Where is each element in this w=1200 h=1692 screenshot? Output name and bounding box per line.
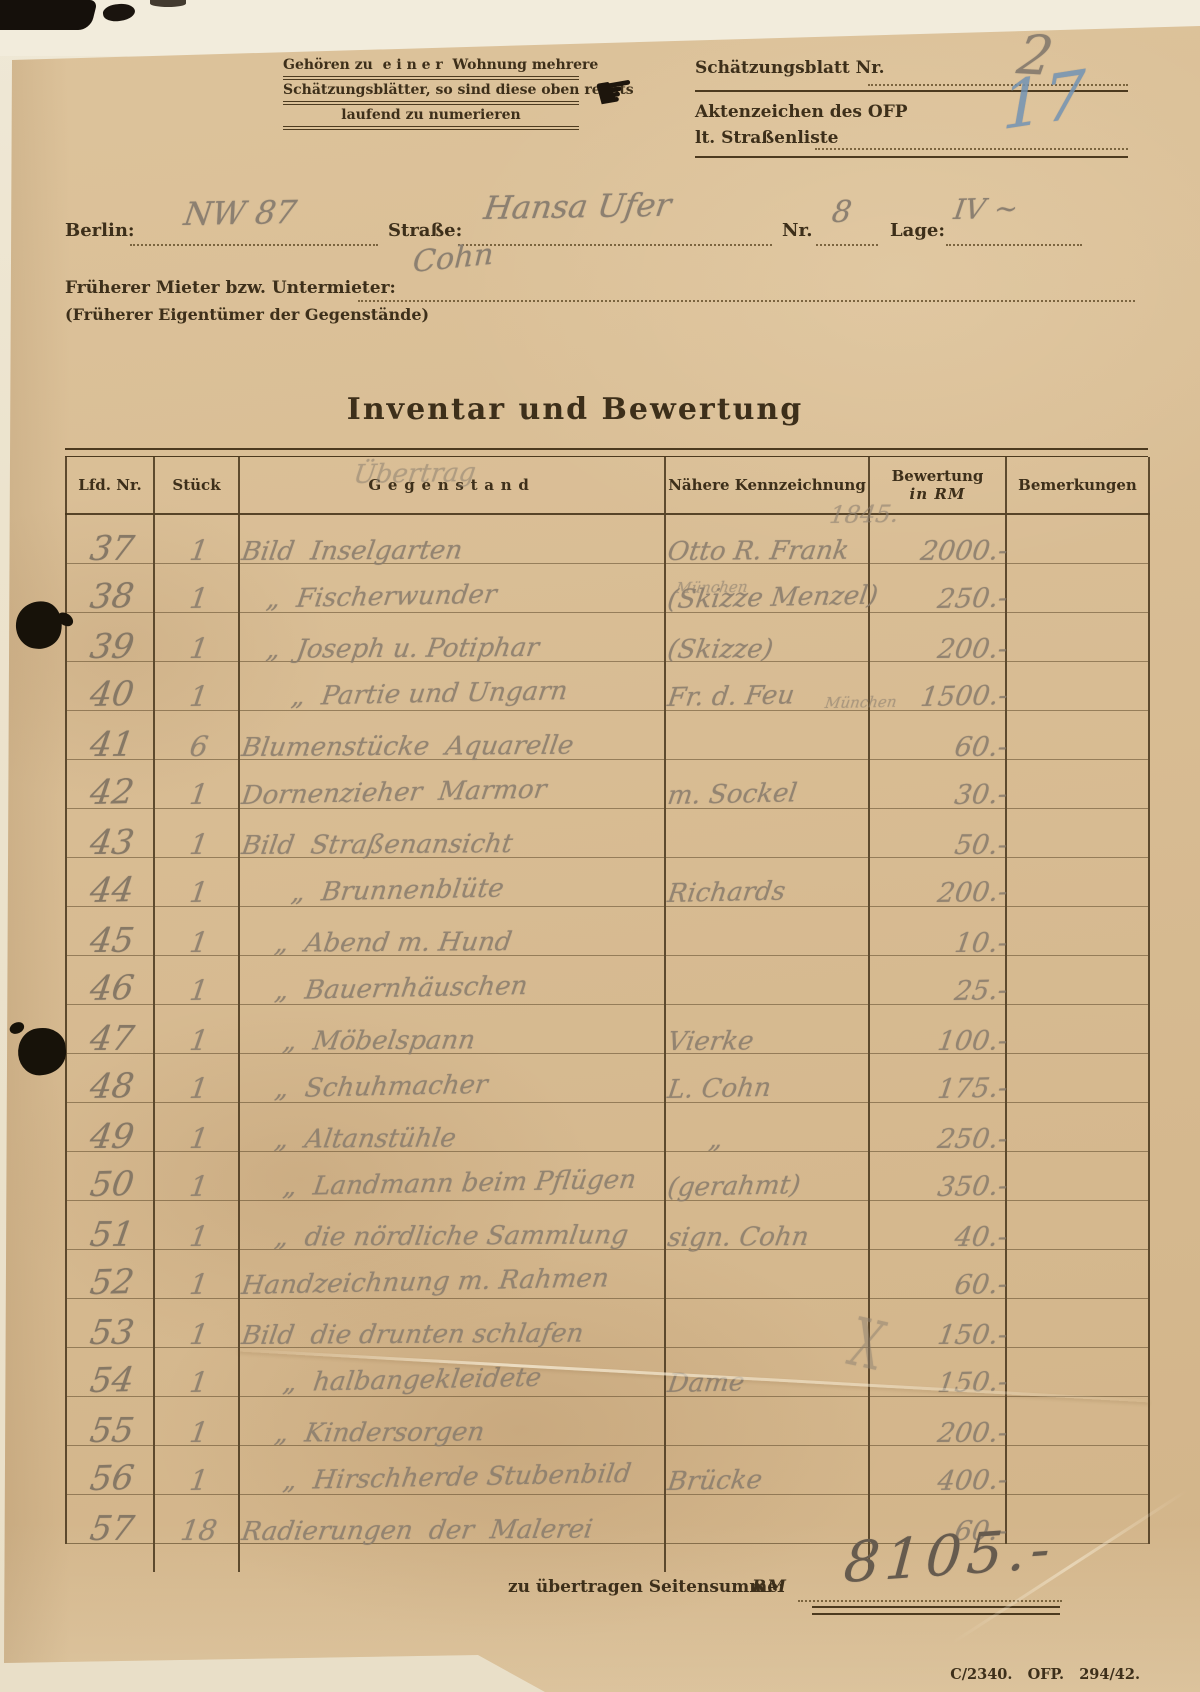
row-description: Dame: [666, 1369, 746, 1397]
row-value: 400.-: [936, 1467, 1009, 1495]
inventory-table: Lfd. Nr. Stück Gegenstand Nähere Kennzei…: [65, 457, 1150, 1572]
row-number: 42: [88, 775, 136, 810]
row-quantity: 1: [188, 683, 210, 711]
row-quantity: 6: [187, 733, 209, 761]
row-description: L. Cohn: [666, 1075, 773, 1103]
row-value: 350.-: [936, 1173, 1009, 1201]
dotted-line: [868, 84, 1128, 86]
row-item: Bild Straßenansicht: [240, 831, 514, 859]
strasse-label: Straße:: [388, 220, 462, 241]
row-number: 39: [88, 630, 136, 664]
aktenzeichen-label-line1: Aktenzeichen des OFP: [695, 102, 908, 122]
row-item: Radierungen der Malerei: [240, 1517, 595, 1545]
page-title: Inventar und Bewertung: [65, 392, 1085, 427]
row-item: „ Fischerwunder: [240, 582, 498, 613]
scan-edge-mark: [0, 0, 98, 30]
row-quantity: 1: [187, 1223, 209, 1251]
row-number: 47: [88, 1022, 136, 1056]
row-value: 250.-: [936, 1126, 1009, 1153]
handwritten-akten-number: 17: [1001, 62, 1087, 140]
header-bemerkungen: Bemerkungen: [1006, 457, 1149, 514]
row-value: 50.-: [953, 832, 1009, 859]
table-row: 55 1 „ Kindersorgen 200.-: [66, 1397, 1149, 1446]
row-quantity: 1: [188, 1369, 210, 1397]
table-header: Lfd. Nr. Stück Gegenstand Nähere Kennzei…: [66, 457, 1149, 514]
row-item: Bild Inselgarten: [240, 537, 464, 565]
row-description: Vierke: [666, 1028, 756, 1055]
row-quantity: 1: [188, 977, 210, 1005]
row-item: „ Schuhmacher: [240, 1072, 489, 1103]
row-quantity: 1: [187, 635, 209, 663]
row-number: 38: [88, 579, 136, 614]
inventory-rows: 37 1 Bild Inselgarten Otto R. Frank 2000…: [66, 514, 1149, 1544]
dotted-line: [798, 1600, 1062, 1602]
table-row: 48 1 „ Schuhmacher L. Cohn 175.-: [66, 1054, 1149, 1103]
handwritten-page-sum: 8105.-: [842, 1522, 1057, 1592]
dotted-line: [130, 244, 378, 246]
sum-label: zu übertragen Seitensumme:: [508, 1577, 784, 1597]
row-description: (Skizze): [666, 636, 775, 663]
row-description: (gerahmt): [666, 1172, 802, 1201]
handwritten-tenant-name: Cohn: [412, 240, 494, 278]
row-number: 53: [88, 1316, 136, 1350]
header-bewertung-line1: Bewertung: [870, 467, 1005, 485]
row-item: Bild die drunten schlafen: [240, 1321, 585, 1349]
instruction-line: laufend zu numerieren: [283, 105, 579, 130]
row-item: Blumenstücke Aquarelle: [240, 733, 576, 761]
row-value: 150.-: [936, 1322, 1009, 1349]
row-quantity: 1: [187, 1419, 209, 1447]
dotted-line: [458, 244, 772, 246]
handwritten-carryover-value: 1845.: [828, 502, 900, 527]
row-value: 175.-: [936, 1075, 1009, 1103]
row-item: Handzeichnung m. Rahmen: [240, 1265, 611, 1299]
row-number: 40: [88, 677, 136, 712]
row-value: 30.-: [953, 781, 1009, 809]
row-description: m. Sockel: [666, 780, 799, 809]
table-row: 41 6 Blumenstücke Aquarelle 60.-: [66, 711, 1149, 760]
table-row: 42 1 Dornenzieher Marmor m. Sockel 30.-: [66, 760, 1149, 809]
row-quantity: 1: [188, 1467, 210, 1495]
instruction-line: Gehören zu e i n e r Wohnung mehrere: [283, 55, 579, 80]
row-number: 55: [88, 1414, 136, 1448]
row-number: 37: [88, 532, 136, 566]
row-quantity: 1: [188, 1075, 210, 1103]
row-value: 250.-: [936, 585, 1009, 613]
dotted-line: [946, 244, 1082, 246]
sum-currency-label: RM: [752, 1577, 787, 1597]
row-number: 41: [88, 728, 136, 762]
row-description: sign. Cohn: [666, 1224, 811, 1251]
handwritten-street-name: Hansa Ufer: [482, 189, 673, 224]
row-value: 1500.-: [919, 682, 1009, 711]
row-number: 45: [88, 924, 136, 958]
row-number: 56: [88, 1461, 136, 1496]
row-value: 60.-: [953, 734, 1009, 761]
table-row: 50 1 „ Landmann beim Pflügen (gerahmt) 3…: [66, 1152, 1149, 1201]
dotted-line: [815, 148, 1128, 150]
row-value: 10.-: [953, 930, 1009, 957]
instruction-line: Schätzungsblätter, so sind diese oben re…: [283, 80, 579, 105]
row-value: 60.-: [953, 1271, 1009, 1299]
table-row: 56 1 „ Hirschherde Stubenbild Brücke 400…: [66, 1446, 1149, 1495]
scan-edge-mark: [150, 0, 186, 7]
dotted-line: [816, 244, 878, 246]
row-number: 57: [88, 1512, 136, 1546]
row-quantity: 1: [188, 1271, 210, 1299]
table-row: 40 1 „ Partie und Ungarn Fr. d. Feu 1500…: [66, 662, 1149, 711]
row-number: 54: [88, 1363, 136, 1398]
table-row: 47 1 „ Möbelspann Vierke 100.-: [66, 1005, 1149, 1054]
header-lfd-nr: Lfd. Nr.: [66, 457, 154, 514]
form-number: C/2340. OFP. 294/42.: [860, 1666, 1140, 1683]
row-item: „ Abend m. Hund: [240, 929, 514, 957]
berlin-label: Berlin:: [65, 220, 135, 241]
sum-underline: [812, 1606, 1060, 1615]
row-item: „ Hirschherde Stubenbild: [240, 1461, 633, 1495]
table-row: 51 1 „ die nördliche Sammlung sign. Cohn…: [66, 1201, 1149, 1250]
row-item: Dornenzieher Marmor: [240, 777, 548, 809]
row-number: 50: [88, 1167, 136, 1202]
row-number: 49: [88, 1120, 136, 1154]
row-item: „ die nördliche Sammlung: [240, 1222, 630, 1251]
row-value: 150.-: [936, 1369, 1009, 1397]
row-number: 43: [88, 826, 136, 860]
row-quantity: 1: [187, 831, 209, 859]
row-number: 52: [88, 1265, 136, 1300]
row-item: „ Joseph u. Potiphar: [240, 635, 541, 663]
row-quantity: 1: [188, 1173, 210, 1201]
underline: [695, 156, 1128, 158]
table-row: 49 1 „ Altanstühle „ 250.-: [66, 1103, 1149, 1152]
row-item: „ halbangekleidete: [240, 1365, 543, 1397]
row-item: „ Kindersorgen: [240, 1419, 486, 1447]
row-quantity: 1: [188, 585, 210, 613]
row-value: 2000.-: [918, 537, 1009, 565]
row-description: Otto R. Frank: [666, 538, 851, 565]
table-top-rule: [65, 448, 1148, 457]
row-description: Brücke: [666, 1467, 764, 1495]
row-quantity: 1: [187, 1321, 209, 1349]
row-value: 40.-: [953, 1224, 1009, 1251]
row-value: 200.-: [936, 1420, 1009, 1447]
row-item: „ Partie und Ungarn: [240, 678, 569, 711]
handwritten-annotation: München: [675, 580, 749, 596]
row-quantity: 1: [188, 879, 210, 907]
table-row: 39 1 „ Joseph u. Potiphar (Skizze) 200.-: [66, 613, 1149, 662]
table-row: 45 1 „ Abend m. Hund 10.-: [66, 907, 1149, 956]
table-row: 52 1 Handzeichnung m. Rahmen 60.-: [66, 1250, 1149, 1299]
row-quantity: 1: [187, 1125, 209, 1153]
table-row: 53 1 Bild die drunten schlafen 150.-: [66, 1299, 1149, 1348]
row-description: „: [666, 1127, 725, 1153]
row-quantity: 18: [179, 1517, 219, 1545]
handwritten-postal-district: NW 87: [182, 196, 299, 230]
row-item: „ Altanstühle: [240, 1126, 458, 1153]
handwritten-carryover-word: Übertrag: [352, 460, 477, 488]
row-value: 200.-: [936, 879, 1009, 907]
row-number: 44: [88, 873, 136, 908]
lage-label: Lage:: [890, 220, 945, 241]
row-item: „ Brunnenblüte: [240, 876, 505, 907]
table-row: 54 1 „ halbangekleidete Dame 150.-: [66, 1348, 1149, 1397]
dotted-line: [358, 300, 1135, 302]
row-quantity: 1: [188, 781, 210, 809]
row-value: 200.-: [936, 636, 1009, 663]
table-row: 46 1 „ Bauernhäuschen 25.-: [66, 956, 1149, 1005]
schaetzungsblatt-label: Schätzungsblatt Nr.: [695, 58, 885, 78]
row-number: 51: [88, 1218, 136, 1252]
table-row: 37 1 Bild Inselgarten Otto R. Frank 2000…: [66, 514, 1149, 564]
row-item: „ Bauernhäuschen: [240, 973, 529, 1005]
handwritten-annotation: München: [824, 695, 898, 711]
row-value: 25.-: [953, 977, 1009, 1005]
hausnummer-label: Nr.: [782, 220, 813, 241]
row-item: „ Landmann beim Pflügen: [240, 1167, 638, 1201]
row-quantity: 1: [187, 537, 209, 565]
row-description: Richards: [666, 879, 787, 907]
table-row: 44 1 „ Brunnenblüte Richards 200.-: [66, 858, 1149, 907]
table-row: 43 1 Bild Straßenansicht 50.-: [66, 809, 1149, 858]
row-quantity: 1: [187, 1027, 209, 1055]
row-number: 48: [88, 1069, 136, 1104]
row-value: 100.-: [936, 1028, 1009, 1055]
instruction-box: Gehören zu e i n e r Wohnung mehrere Sch…: [283, 55, 579, 130]
header-stueck: Stück: [154, 457, 239, 514]
aktenzeichen-label-line2: lt. Straßenliste: [695, 128, 839, 148]
handwritten-floor-location: IV ~: [952, 195, 1020, 224]
row-quantity: 1: [187, 929, 209, 957]
row-number: 46: [88, 971, 136, 1006]
row-description: Fr. d. Feu: [666, 682, 796, 711]
row-item: „ Möbelspann: [240, 1027, 477, 1055]
former-tenant-label: Früherer Mieter bzw. Untermieter:: [65, 278, 396, 298]
scanned-document-page: Gehören zu e i n e r Wohnung mehrere Sch…: [0, 0, 1200, 1692]
former-owner-sublabel: (Früherer Eigentümer der Gegenstände): [65, 305, 429, 324]
table-row: 38 1 „ Fischerwunder (Skizze Menzel) 250…: [66, 564, 1149, 613]
